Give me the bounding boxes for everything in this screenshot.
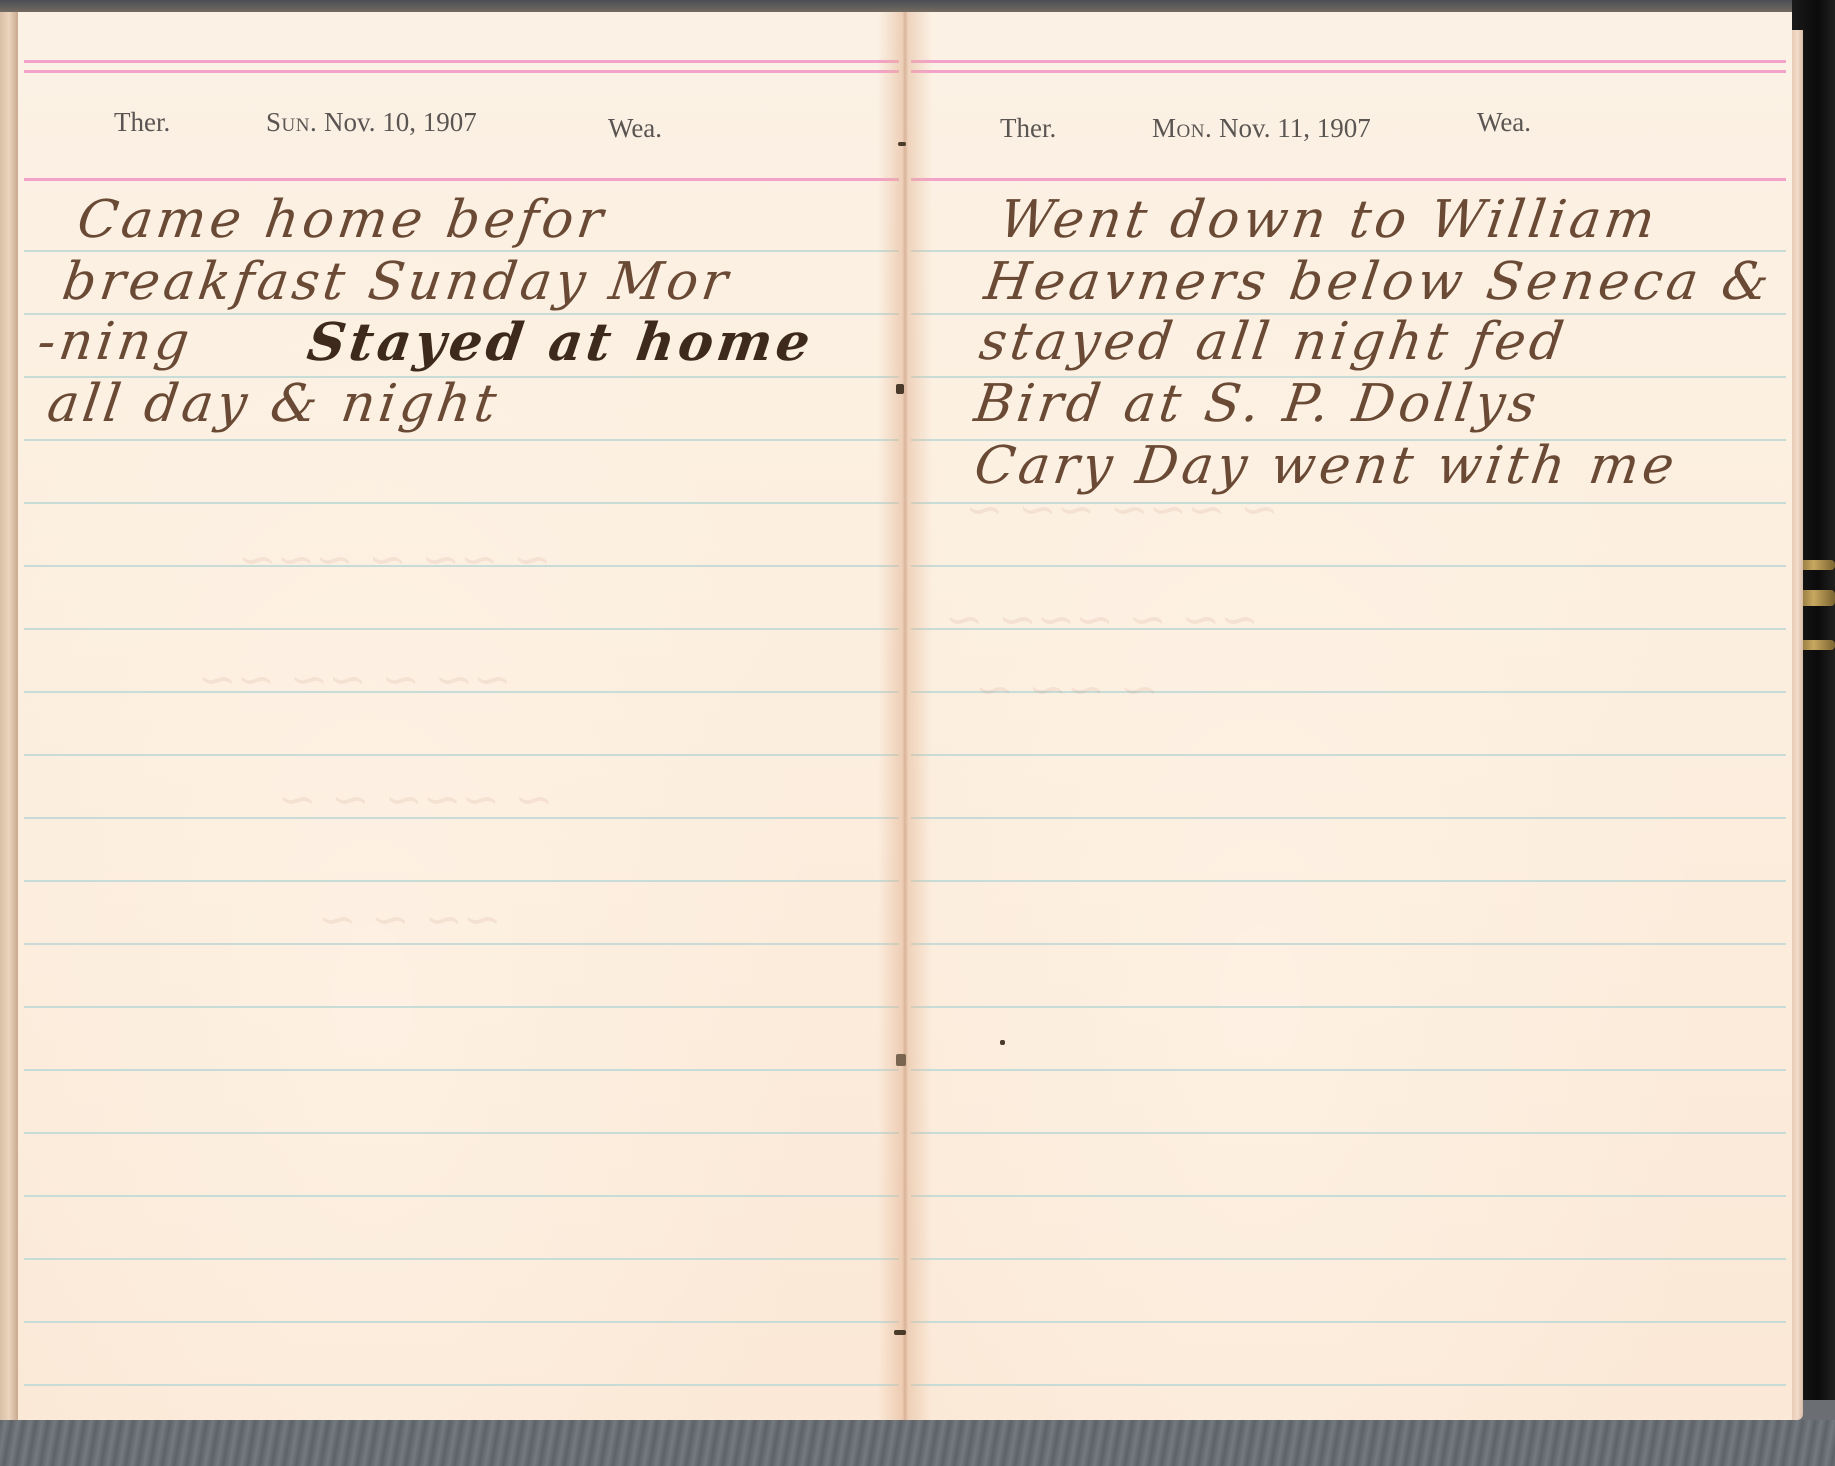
ruled-line [24, 1258, 899, 1260]
entry-line: Came home befor [74, 190, 611, 250]
header-top-rule [911, 60, 1786, 63]
ruled-line [911, 754, 1786, 756]
ruled-line [24, 1132, 899, 1134]
ruled-line [911, 1069, 1786, 1071]
ruled-line [24, 439, 899, 441]
binding-stitch [898, 142, 906, 146]
page-date: Sun. Nov. 10, 1907 [266, 107, 477, 138]
binding-stitch [896, 384, 904, 394]
ink-bleed-through: ~~ ~ ~ [318, 892, 501, 946]
ruled-line [911, 1384, 1786, 1386]
ruled-line [24, 628, 899, 630]
ruled-line [911, 1195, 1786, 1197]
ink-bleed-through: ~ ~~ ~ [975, 662, 1158, 716]
entry-line: stayed all night fed [976, 312, 1571, 372]
page-date: Mon. Nov. 11, 1907 [1152, 113, 1371, 144]
ink-bleed-through: ~~ ~ ~~ ~~ [198, 652, 512, 706]
header-top-rule [24, 70, 899, 73]
entry-line: Stayed at home [304, 312, 818, 373]
ruled-line [911, 1006, 1786, 1008]
ruled-line [911, 880, 1786, 882]
date-day: Mon. [1152, 113, 1212, 143]
ruled-line [24, 1195, 899, 1197]
ther-label: Ther. [1000, 113, 1056, 144]
left-page-header: Ther. Sun. Nov. 10, 1907 Wea. [18, 107, 905, 147]
ruled-line [24, 880, 899, 882]
right-page-header: Ther. Mon. Nov. 11, 1907 Wea. [905, 107, 1792, 147]
ruled-line [24, 754, 899, 756]
left-page: Ther. Sun. Nov. 10, 1907 Wea. ~ ~~ ~ ~~~… [18, 12, 905, 1424]
binding-stitch [894, 1330, 906, 1335]
wea-label: Wea. [608, 113, 662, 144]
ruled-line [24, 1384, 899, 1386]
page-gutter [878, 12, 932, 1424]
ink-bleed-through: ~ ~~ ~ ~~~ [238, 532, 552, 586]
ruled-line [24, 502, 899, 504]
right-page: Ther. Mon. Nov. 11, 1907 Wea. ~ ~~~ ~~ ~… [905, 12, 1792, 1424]
header-top-rule [911, 70, 1786, 73]
header-top-rule [24, 60, 899, 63]
date-rest: Nov. 11, 1907 [1219, 113, 1371, 143]
date-day: Sun. [266, 107, 317, 137]
date-rest: Nov. 10, 1907 [324, 107, 477, 137]
ruled-line [911, 817, 1786, 819]
entry-line: Cary Day went with me [971, 436, 1682, 496]
ruled-line [24, 1006, 899, 1008]
entry-line: Went down to William [996, 190, 1663, 250]
ruled-line [911, 565, 1786, 567]
ruled-line [911, 1258, 1786, 1260]
table-surface [0, 1420, 1835, 1466]
ruled-line [911, 1321, 1786, 1323]
ruled-line [24, 1321, 899, 1323]
open-diary: Ther. Sun. Nov. 10, 1907 Wea. ~ ~~ ~ ~~~… [18, 12, 1792, 1424]
binding-stitch [896, 1054, 906, 1066]
header-bottom-rule [24, 178, 899, 181]
ruled-line [911, 1132, 1786, 1134]
entry-line: Heavners below Seneca & [981, 252, 1777, 312]
wea-label: Wea. [1477, 107, 1531, 138]
entry-line: Bird at S. P. Dollys [971, 374, 1544, 434]
entry-line: -ning [34, 312, 197, 372]
ink-bleed-through: ~ ~~~ ~ ~ [278, 772, 553, 826]
ruled-line [911, 943, 1786, 945]
ther-label: Ther. [114, 107, 170, 138]
entry-line: all day & night [44, 374, 504, 434]
left-page-stack-edge [0, 12, 18, 1424]
ruled-line [24, 1069, 899, 1071]
entry-line: breakfast Sunday Mor [59, 252, 735, 312]
ink-bleed-through: ~~ ~ ~~~ ~ [945, 592, 1259, 646]
ink-spot [1000, 1040, 1005, 1045]
header-bottom-rule [911, 178, 1786, 181]
